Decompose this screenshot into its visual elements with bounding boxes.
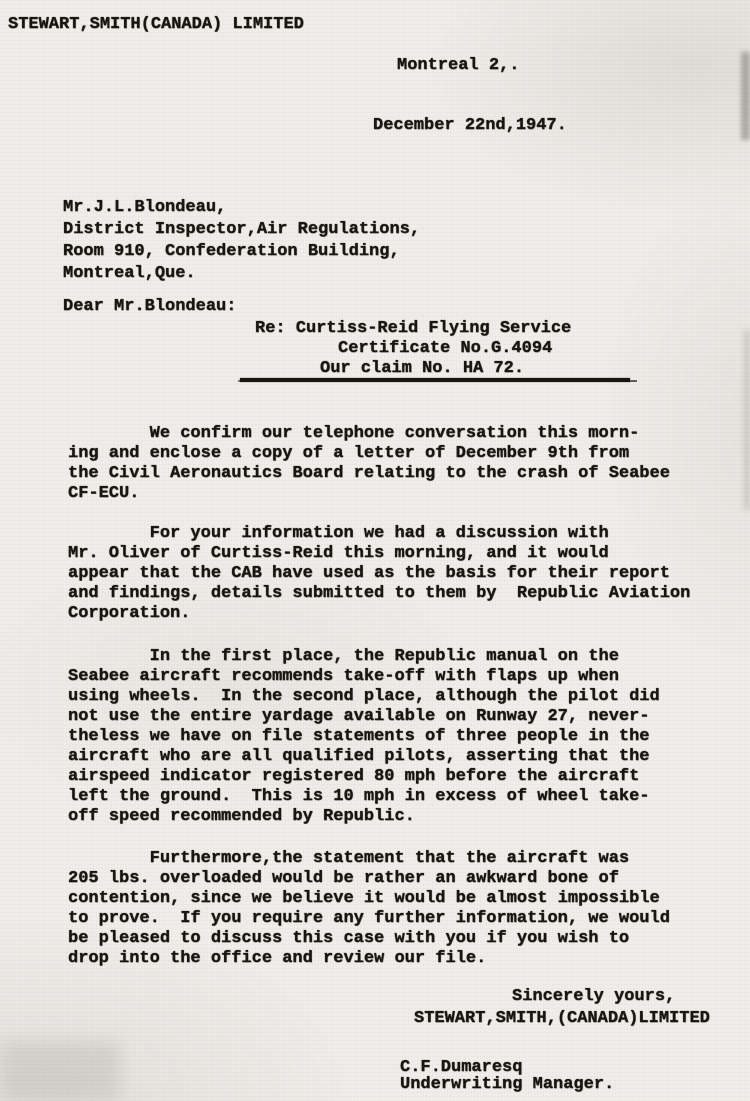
subject-line-claim: Our claim No. HA 72. [320,359,524,379]
body-paragraph-1: We confirm our telephone conversation th… [68,424,670,504]
body-paragraph-2: For your information we had a discussion… [68,524,690,624]
body-paragraph-4: Furthermore,the statement that the aircr… [68,849,670,969]
letterhead-company: STEWART,SMITH(CANADA) LIMITED [8,15,304,35]
closing-valediction: Sincerely yours, [512,987,675,1007]
body-paragraph-3: In the first place, the Republic manual … [68,647,660,827]
subject-underline [240,378,630,382]
closing-company-name: STEWART,SMITH,(CANADA)LIMITED [414,1009,710,1029]
closing-signatory: C.F.Dumaresq Underwriting Manager. [400,1059,614,1093]
subject-line-service: Re: Curtiss-Reid Flying Service [255,319,571,339]
subject-line-certificate: Certificate No.G.4094 [338,339,552,359]
salutation: Dear Mr.Blondeau: [63,297,236,317]
scan-smudge-right-mid [744,330,750,510]
scan-smudge-right-top [741,52,750,140]
dateline-city: Montreal 2,. [397,56,519,76]
recipient-address: Mr.J.L.Blondeau, District Inspector,Air … [63,197,420,285]
letter-page: STEWART,SMITH(CANADA) LIMITED Montreal 2… [0,0,750,1101]
scan-smudge-bottom-left [0,1041,120,1101]
dateline-date: December 22nd,1947. [373,116,567,136]
